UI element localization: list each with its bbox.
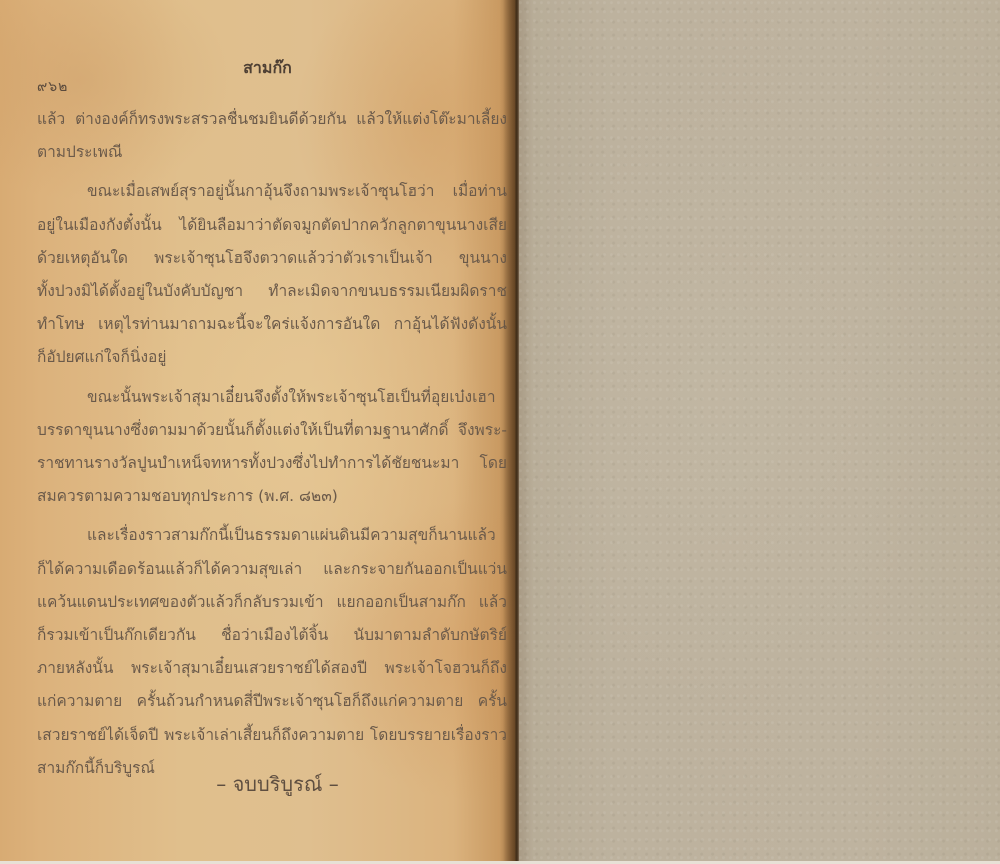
text-line: ขณะนั้นพระเจ้าสุมาเอี๋ยนจึงตั้งให้พระเจ้… [37, 381, 507, 414]
text-line: ก็ได้ความเดือดร้อนแล้วก็ได้ความสุขเล่า แ… [37, 553, 507, 586]
book-spread: ๙๖๒ สามก๊ก แล้ว ต่างองค์ก็ทรงพระสรวลชื่น… [0, 0, 1000, 864]
right-page-blank [519, 0, 1000, 864]
text-line: ภายหลังนั้น พระเจ้าสุมาเอี๋ยนเสวยราชย์ได… [37, 652, 507, 685]
text-line: แล้ว ต่างองค์ก็ทรงพระสรวลชื่นชมยินดีด้วย… [37, 103, 507, 136]
text-line: ก็อัปยศแก่ใจก็นิ่งอยู่ [37, 341, 507, 374]
text-line: ก็รวมเข้าเป็นก๊กเดียวกัน ชื่อว่าเมืองไต้… [37, 619, 507, 652]
text-line: และเรื่องราวสามก๊กนี้เป็นธรรมดาแผ่นดินมี… [37, 519, 507, 552]
text-line: ราชทานรางวัลปูนบำเหน็จทหารทั้งปวงซึ่งไปท… [37, 447, 507, 480]
running-head-title: สามก๊ก [0, 56, 515, 81]
text-line: ทั้งปวงมิได้ตั้งอยู่ในบังคับบัญชา ทำละเม… [37, 275, 507, 308]
text-line: อยู่ในเมืองกังตั๋งนั้น ได้ยินลือมาว่าตัด… [37, 209, 507, 242]
end-mark: – จบบริบูรณ์ – [0, 768, 515, 800]
text-line: ขณะเมื่อเสพย์สุราอยู่นั้นกาอุ้นจึงถามพระ… [37, 175, 507, 208]
text-line: ทำโทษ เหตุไรท่านมาถามฉะนี้จะใคร่แจ้งการอ… [37, 308, 507, 341]
left-page: ๙๖๒ สามก๊ก แล้ว ต่างองค์ก็ทรงพระสรวลชื่น… [0, 0, 515, 864]
body-text: แล้ว ต่างองค์ก็ทรงพระสรวลชื่นชมยินดีด้วย… [37, 103, 507, 785]
text-line: สมควรตามความชอบทุกประการ (พ.ศ. ๘๒๓) [37, 480, 507, 513]
text-line: ตามประเพณี [37, 136, 507, 169]
text-line: แก่ความตาย ครั้นถ้วนกำหนดสี่ปีพระเจ้าซุน… [37, 685, 507, 718]
text-line: แคว้นแดนประเทศของตัวแล้วก็กลับรวมเข้า แย… [37, 586, 507, 619]
text-line: ด้วยเหตุอันใด พระเจ้าซุนโฮจึงตวาดแล้วว่า… [37, 242, 507, 275]
text-line: เสวยราชย์ได้เจ็ดปี พระเจ้าเล่าเสี้ยนก็ถึ… [37, 719, 507, 752]
text-line: บรรดาขุนนางซึ่งตามมาด้วยนั้นก็ตั้งแต่งให… [37, 414, 507, 447]
